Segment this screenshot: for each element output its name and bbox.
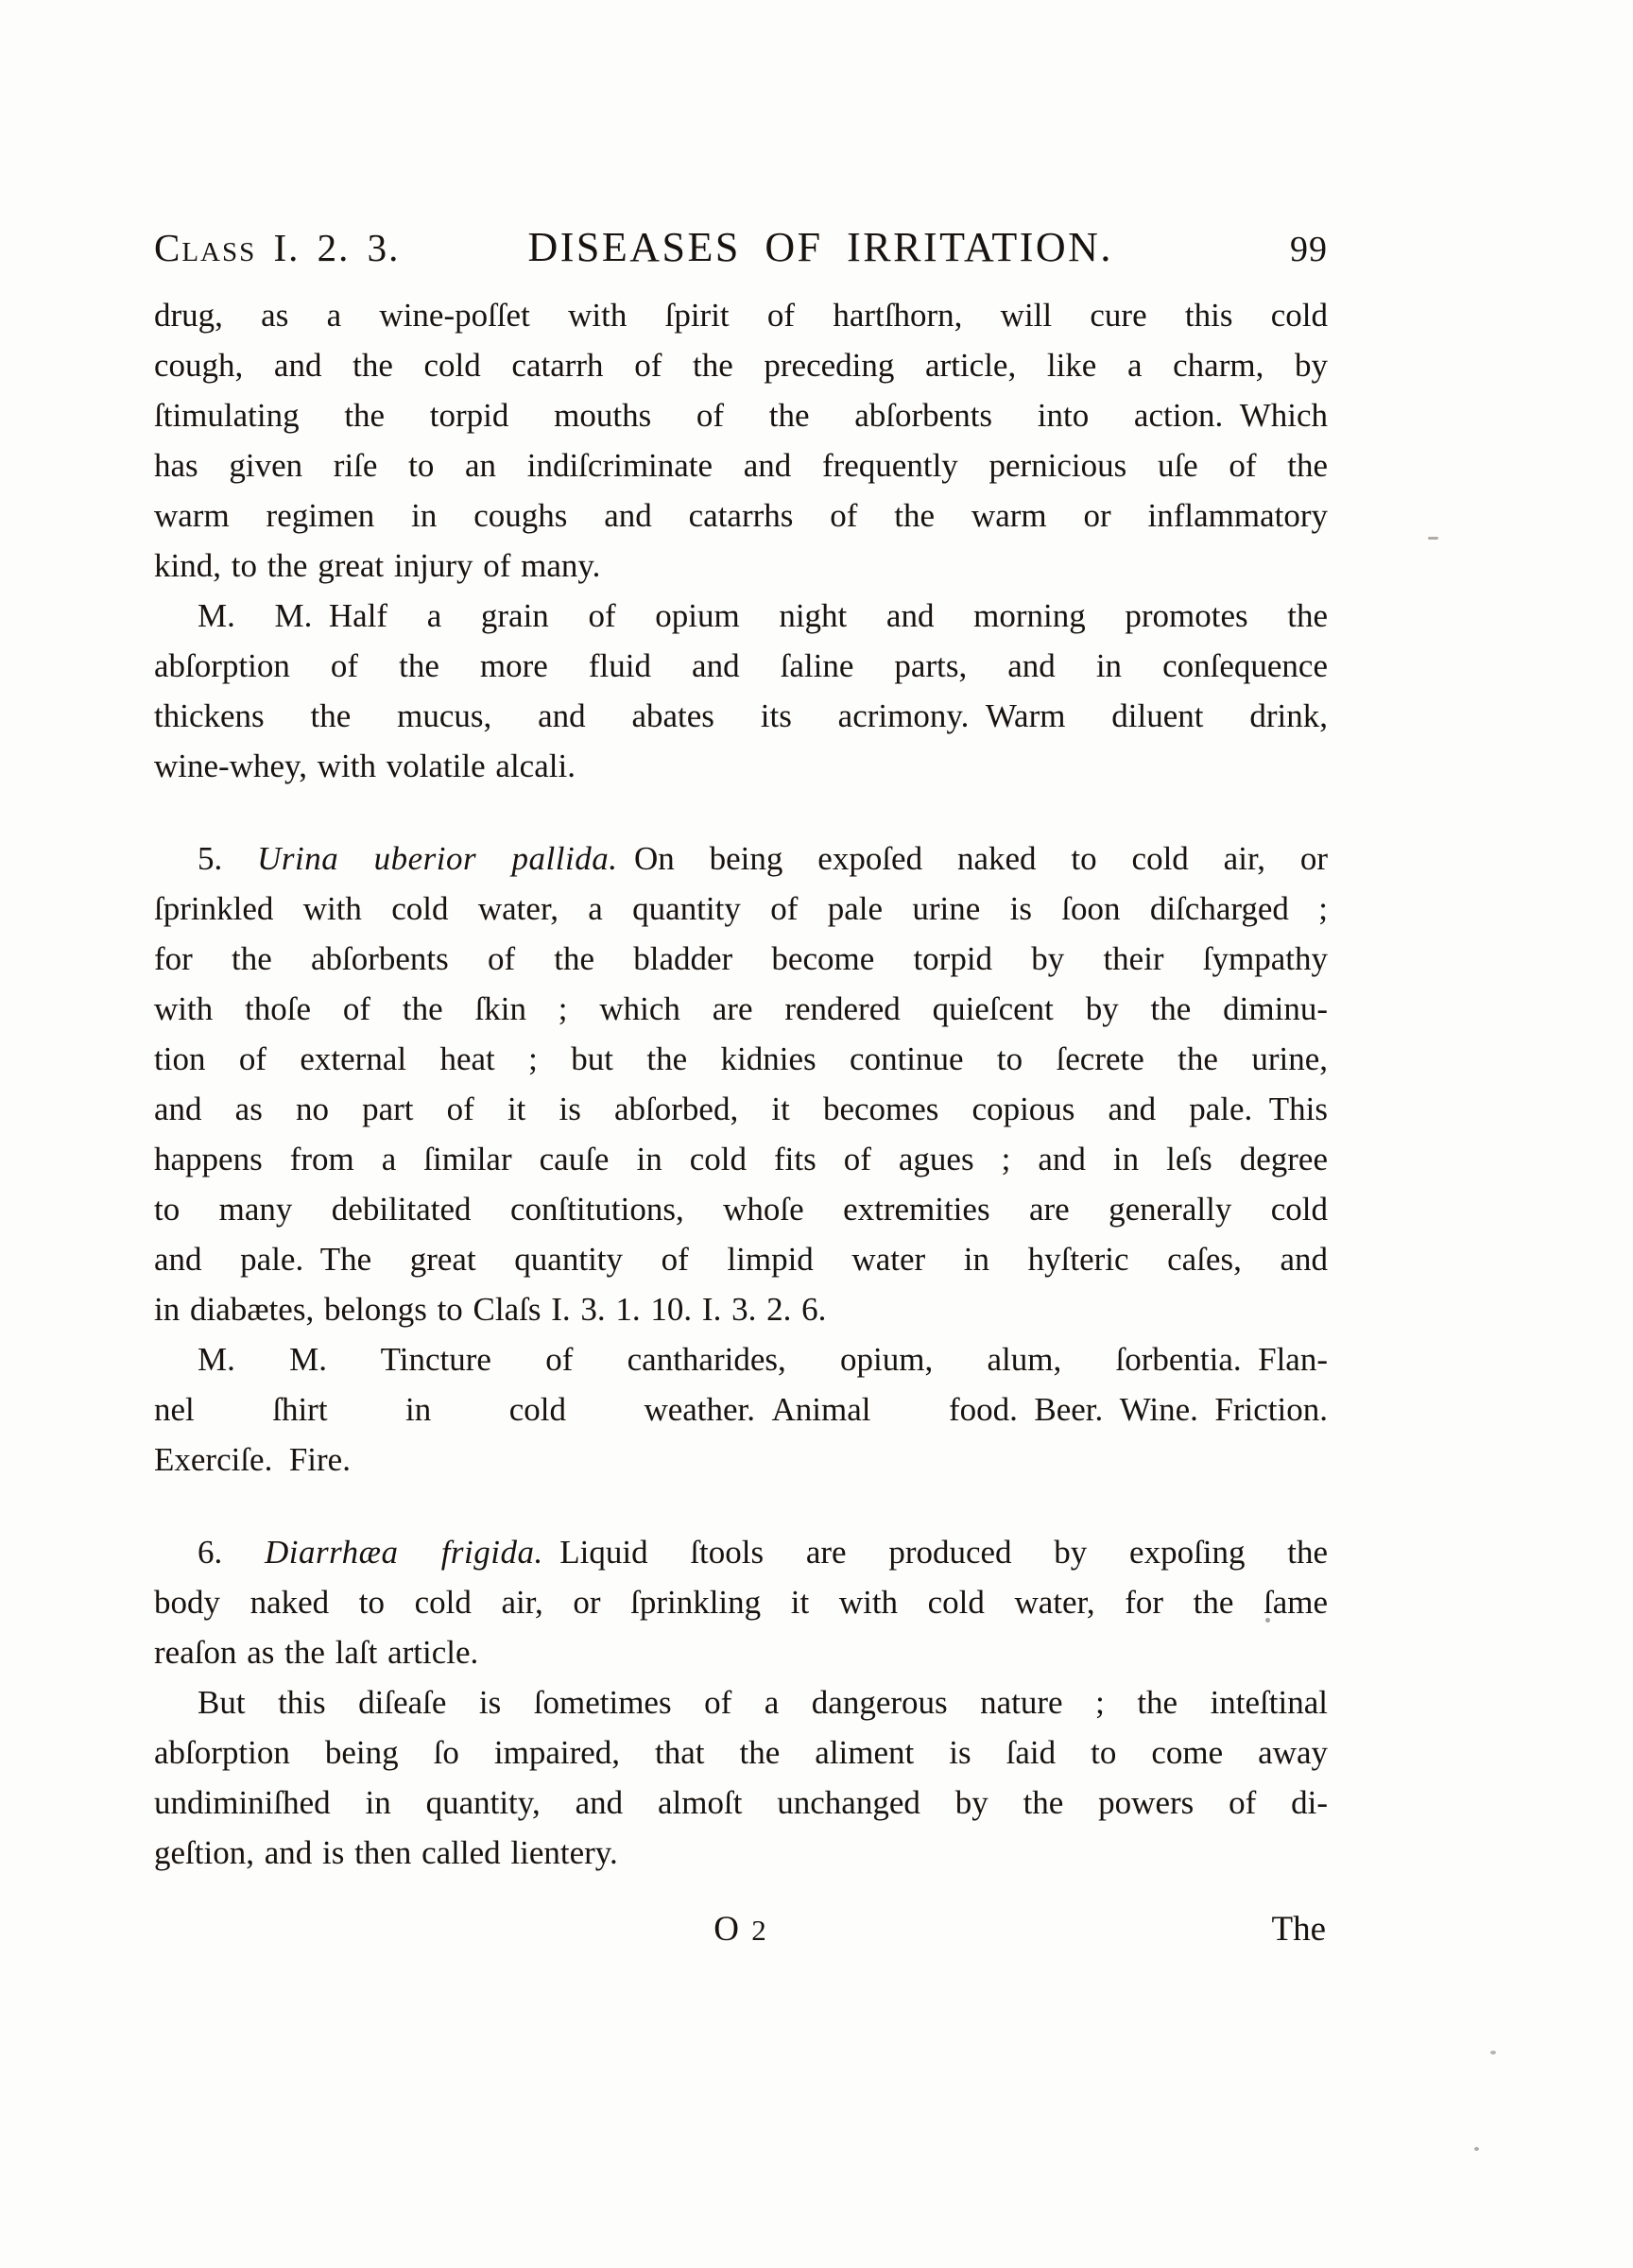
text-line: in diabætes, belongs to Claſs I. 3. 1. 1… (154, 1284, 1328, 1334)
text-line: cough, and the cold catarrh of the prece… (154, 340, 1328, 390)
text-line: ſtimulating the torpid mouths of the abſ… (154, 390, 1328, 440)
text-line: wine-whey, with volatile alcali. (154, 741, 1328, 791)
text-segment: and pale. The great quantity of limpid w… (154, 1241, 1328, 1278)
text-line: thickens the mucus, and abates its acrim… (154, 691, 1328, 741)
text-segment: has given riſe to an indiſcriminate and … (154, 447, 1328, 484)
text-line: reaſon as the laſt article. (154, 1627, 1328, 1677)
text-segment: reaſon as the laſt article. (154, 1634, 478, 1671)
text-line: But this diſeaſe is ſometimes of a dange… (154, 1677, 1328, 1727)
page-content: Class I. 2. 3. DISEASES OF IRRITATION. 9… (154, 223, 1328, 1955)
text-segment: happens from a ſimilar cauſe in cold fit… (154, 1141, 1328, 1177)
paragraph-continuation: drug, as a wine-poſſet with ſpirit of ha… (154, 290, 1328, 591)
text-segment: abſorption being ſo impaired, that the a… (154, 1734, 1328, 1771)
section-5-urina-uberior-pallida: 5. Urina uberior pallida. On being expoſ… (154, 833, 1328, 1334)
text-line: body naked to cold air, or ſprinkling it… (154, 1577, 1328, 1627)
text-line: undiminiſhed in quantity, and almoſt unc… (154, 1778, 1328, 1828)
text-segment: cough, and the cold catarrh of the prece… (154, 347, 1328, 384)
text-line: abſorption of the more fluid and ſaline … (154, 641, 1328, 691)
text-line: ſprinkled with cold water, a quantity of… (154, 884, 1328, 934)
text-segment: geſtion, and is then called lientery. (154, 1834, 618, 1871)
page-number: 99 (1290, 229, 1328, 270)
page-footer: O 2 The (154, 1904, 1328, 1955)
text-line: geſtion, and is then called lientery. (154, 1828, 1328, 1878)
text-segment: ſprinkled with cold water, a quantity of… (154, 890, 1328, 927)
text-line: M. M. Half a grain of opium night and mo… (154, 591, 1328, 641)
text-segment: M. M. Half a grain of opium night and mo… (198, 597, 1328, 634)
text-segment: for the abſorbents of the bladder become… (154, 940, 1328, 977)
text-segment: with thoſe of the ſkin ; which are rende… (154, 990, 1328, 1027)
text-segment: 5. (198, 840, 257, 877)
running-header: Class I. 2. 3. DISEASES OF IRRITATION. 9… (154, 223, 1328, 271)
text-line: warm regimen in coughs and catarrhs of t… (154, 490, 1328, 541)
text-segment: Liquid ſtools are produced by expoſing t… (543, 1534, 1328, 1571)
text-segment: thickens the mucus, and abates its acrim… (154, 697, 1328, 734)
text-segment: warm regimen in coughs and catarrhs of t… (154, 497, 1328, 534)
text-line: 5. Urina uberior pallida. On being expoſ… (154, 833, 1328, 884)
signature-letter: O (713, 1910, 741, 1949)
paragraph-mm-cantharides: M. M. Tincture of cantharides, opium, al… (154, 1334, 1328, 1485)
text-line: nel ſhirt in cold weather. Animal food. … (154, 1384, 1328, 1435)
paragraph-mm-opium: M. M. Half a grain of opium night and mo… (154, 591, 1328, 791)
text-segment: On being expoſed naked to cold air, or (617, 840, 1328, 877)
text-line: and pale. The great quantity of limpid w… (154, 1234, 1328, 1284)
book-page-scan: Class I. 2. 3. DISEASES OF IRRITATION. 9… (0, 0, 1633, 2268)
text-line: drug, as a wine-poſſet with ſpirit of ha… (154, 290, 1328, 340)
signature-mark: O 2 (713, 1910, 767, 1949)
text-line: has given riſe to an indiſcriminate and … (154, 440, 1328, 490)
text-line: 6. Diarrhæa frigida. Liquid ſtools are p… (154, 1527, 1328, 1577)
text-segment: But this diſeaſe is ſometimes of a dange… (198, 1684, 1328, 1721)
text-block: drug, as a wine-poſſet with ſpirit of ha… (154, 290, 1328, 1878)
text-segment: body naked to cold air, or ſprinkling it… (154, 1584, 1328, 1621)
text-line: happens from a ſimilar cauſe in cold fit… (154, 1134, 1328, 1184)
text-line: kind, to the great injury of many. (154, 541, 1328, 591)
text-line: and as no part of it is abſorbed, it bec… (154, 1084, 1328, 1134)
scan-speck (1428, 537, 1438, 540)
class-label: Class I. 2. 3. (154, 225, 400, 270)
catchword: The (1271, 1904, 1326, 1954)
text-segment: and as no part of it is abſorbed, it bec… (154, 1091, 1328, 1127)
text-line: abſorption being ſo impaired, that the a… (154, 1727, 1328, 1778)
text-line: for the abſorbents of the bladder become… (154, 934, 1328, 984)
text-segment: Exerciſe. Fire. (154, 1441, 351, 1478)
text-line: with thoſe of the ſkin ; which are rende… (154, 984, 1328, 1034)
text-segment: drug, as a wine-poſſet with ſpirit of ha… (154, 297, 1328, 334)
text-segment: to many debilitated conſtitutions, whoſe… (154, 1191, 1328, 1228)
signature-number: 2 (751, 1914, 768, 1947)
text-line: tion of external heat ; but the kidnies … (154, 1034, 1328, 1084)
text-line: to many debilitated conſtitutions, whoſe… (154, 1184, 1328, 1234)
text-segment: ſtimulating the torpid mouths of the abſ… (154, 397, 1328, 434)
text-segment: M. M. Tincture of cantharides, opium, al… (198, 1341, 1328, 1378)
scan-speck (1265, 1618, 1270, 1623)
scan-speck (1474, 2147, 1479, 2151)
italic-text-segment: Diarrhæa frigida. (265, 1534, 543, 1571)
text-line: M. M. Tincture of cantharides, opium, al… (154, 1334, 1328, 1384)
text-segment: 6. (198, 1534, 265, 1571)
section-6-diarrhaea-frigida: 6. Diarrhæa frigida. Liquid ſtools are p… (154, 1527, 1328, 1677)
text-segment: nel ſhirt in cold weather. Animal food. … (154, 1391, 1328, 1428)
text-segment: tion of external heat ; but the kidnies … (154, 1040, 1328, 1077)
text-segment: wine-whey, with volatile alcali. (154, 747, 576, 784)
text-line: Exerciſe. Fire. (154, 1435, 1328, 1485)
page-title: DISEASES OF IRRITATION. (527, 223, 1112, 271)
text-segment: abſorption of the more fluid and ſaline … (154, 647, 1328, 684)
text-segment: in diabætes, belongs to Claſs I. 3. 1. 1… (154, 1291, 826, 1328)
text-segment: undiminiſhed in quantity, and almoſt unc… (154, 1784, 1328, 1821)
paragraph-lientery: But this diſeaſe is ſometimes of a dange… (154, 1677, 1328, 1878)
scan-speck (1490, 2051, 1496, 2054)
italic-text-segment: Urina uberior pallida. (257, 840, 617, 877)
text-segment: kind, to the great injury of many. (154, 547, 600, 584)
